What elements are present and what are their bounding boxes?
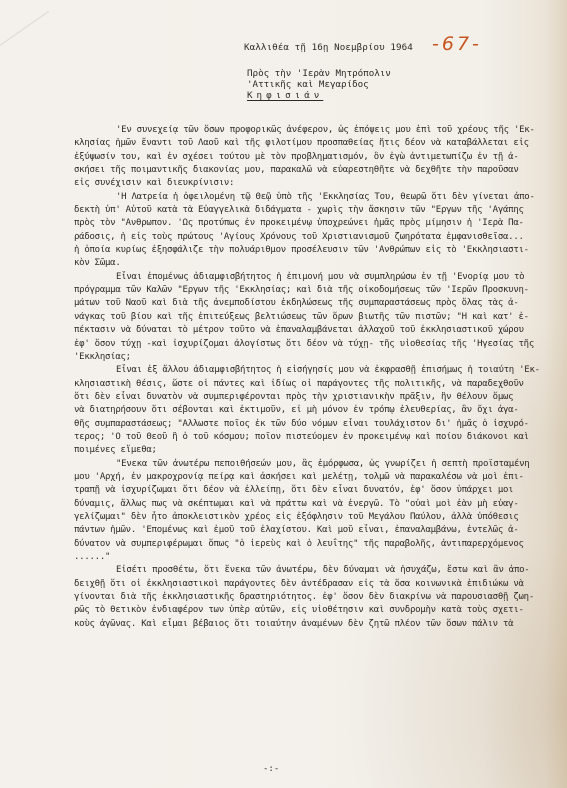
text-line: ἡ ὁποία κυρίως ἐξησφάλιζε τὴν πολυάριθμο…: [74, 244, 549, 257]
text-line: θῆς συμπαραστάσεως; "Αλλωστε ποῖος ἐκ τῶ…: [74, 418, 549, 431]
addressee-line-1: Πρὸς τὴν 'Ιερὰν Μητρόπολιν: [247, 68, 391, 79]
text-line: ποιμένες εἴμεθα;: [74, 444, 549, 457]
paragraph-5: "Ενεκα τῶν ἀνωτέρω πεποιθήσεών μου, ἃς ἐ…: [74, 458, 549, 565]
text-line: μάτων τοῦ Ναοῦ καὶ διὰ τῆς ἀνεμποδίστου …: [74, 297, 549, 310]
text-line: δειχθῇ ὅτι οἱ ἐκκλησιαστικοὶ παράγοντες …: [74, 578, 549, 591]
text-line: γελίζωμαι" δὲν ἦτο ἀποκλειστικὸν χρέος ε…: [74, 511, 549, 524]
text-line: ἐφ' ὅσον τύχῃ -καὶ ἰσχυρίζομαι ἀλογίστως…: [74, 338, 549, 351]
addressee-city: Κηφισιάν: [247, 90, 391, 101]
text-line: κλησιαστικὴ θέσις, ὥστε οἱ πάντες καὶ ἰδ…: [74, 378, 549, 391]
text-line: νάγκας τοῦ βίου καὶ τῆς ἐπιτεύξεως βελτι…: [74, 311, 549, 324]
paragraph-4: Εἶναι ἐξ ἄλλου ἀδιαμφισβήτητος ἡ εἰσήγησ…: [74, 364, 549, 457]
paragraph-3: Εἶναι ἐπομένως ἀδιαμφισβήτητος ἡ ἐπιμονή…: [74, 271, 549, 364]
text-line: πάντων ἡμῶν. 'Επομένως καὶ ἐμοῦ τοῦ ἐλαχ…: [74, 524, 549, 537]
text-line: τραπῇ νὰ ἰσχυρίζωμαι ὅτι δέον νὰ ἐλλείπῃ…: [74, 484, 549, 497]
text-line: ἐξύψωσίν του, καὶ ἐν σχέσει τούτου μὲ τὸ…: [74, 151, 549, 164]
paragraph-1: 'Εν συνεχείᾳ τῶν ὅσων προφορικῶς ἀνέφερο…: [74, 124, 549, 191]
text-line: δύνατον νὰ συμπεριφέρωμαι ὅπως "ὁ ἱερεὺς…: [74, 538, 549, 551]
text-line: πρὸς τὸν "Ανθρωπον. 'Ως προτύπως ἐν προκ…: [74, 217, 549, 230]
paragraph-6: Εἰσέτι προσθέτω, ὅτι ἕνεκα τῶν ἀνωτέρω, …: [74, 564, 549, 631]
text-line: πέκτασιν νὰ δύναται τὸ μέτρον τοῦτο νὰ ἐ…: [74, 324, 549, 337]
text-line: Εἰσέτι προσθέτω, ὅτι ἕνεκα τῶν ἀνωτέρω, …: [74, 564, 549, 577]
text-line: κοὺς ἀγῶνας. Καὶ εἶμαι βέβαιος ὅτι τοιαύ…: [74, 618, 549, 631]
date-line: Καλλιθέα τῇ 16ῃ Νοεμβρίου 1964: [244, 42, 413, 53]
text-line: τερος; 'Ο τοῦ Θεοῦ ἢ ὁ τοῦ κόσμου; ποῖον…: [74, 431, 549, 444]
text-line: νὰ διατηρήσουν ὅτι σέβονται καὶ ἐκτιμοῦν…: [74, 404, 549, 417]
text-line: δεκτὴ ὑπ' Αὐτοῦ κατὰ τὰ Εὐαγγελικὰ διδάγ…: [74, 204, 549, 217]
text-line: εἰς συνέχισιν καὶ διευκρίνισιν:: [74, 177, 549, 190]
text-line: 'Εκκλησίας;: [74, 351, 549, 364]
text-line: "Ενεκα τῶν ἀνωτέρω πεποιθήσεών μου, ἃς ἐ…: [74, 458, 549, 471]
text-line: ......": [74, 551, 549, 564]
text-line: ὅτι δὲν εἶναι δυνατὸν νὰ συμπεριφέρονται…: [74, 391, 549, 404]
letter-body: 'Εν συνεχείᾳ τῶν ὅσων προφορικῶς ἀνέφερο…: [74, 124, 549, 631]
page-footer-mark: -:-: [263, 764, 279, 774]
addressee-line-2: 'Αττικῆς καὶ Μεγαρίδος: [247, 79, 391, 90]
text-line: ρῶς τὸ θετικὸν ἐνδιαφέρον των ὑπὲρ αὐτῶν…: [74, 604, 549, 617]
paragraph-2: 'Η Λατρεία ἡ ὀφειλομένη τῷ Θεῷ ὑπὸ τῆς '…: [74, 191, 549, 271]
text-line: ράδοσις, ἡ εἰς τοὺς πρώτους 'Αγίους Χρόν…: [74, 231, 549, 244]
text-line: δύναμις, ἄλλως πως νὰ σκέπτωμαι καὶ νὰ π…: [74, 498, 549, 511]
text-line: Εἶναι ἐπομένως ἀδιαμφισβήτητος ἡ ἐπιμονή…: [74, 271, 549, 284]
text-line: πρόγραμμα τῶν Καλῶν "Εργων τῆς 'Εκκλησία…: [74, 284, 549, 297]
paper-fold-crease: [0, 0, 49, 46]
text-line: σκήσει τῆς ποιμαντικῆς διακονίας μου, πα…: [74, 164, 549, 177]
handwritten-page-number: -67-: [432, 33, 482, 55]
text-line: κὸν Σῶμα.: [74, 257, 549, 270]
addressee-block: Πρὸς τὴν 'Ιερὰν Μητρόπολιν 'Αττικῆς καὶ …: [247, 68, 391, 101]
text-line: γίνονται διὰ τῆς ἐκκλησιαστικῆς δραστηρι…: [74, 591, 549, 604]
typewritten-letter-page: Καλλιθέα τῇ 16ῃ Νοεμβρίου 1964 -67- Πρὸς…: [0, 0, 567, 788]
text-line: 'Η Λατρεία ἡ ὀφειλομένη τῷ Θεῷ ὑπὸ τῆς '…: [74, 191, 549, 204]
text-line: μου 'Αρχή, ἐν μακροχρονίᾳ πείρᾳ καὶ ἀσκή…: [74, 471, 549, 484]
text-line: 'Εν συνεχείᾳ τῶν ὅσων προφορικῶς ἀνέφερο…: [74, 124, 549, 137]
text-line: κλησίας ἡμῶν ἔναντι τοῦ Λαοῦ καὶ τῆς φιλ…: [74, 137, 549, 150]
text-line: Εἶναι ἐξ ἄλλου ἀδιαμφισβήτητος ἡ εἰσήγησ…: [74, 364, 549, 377]
